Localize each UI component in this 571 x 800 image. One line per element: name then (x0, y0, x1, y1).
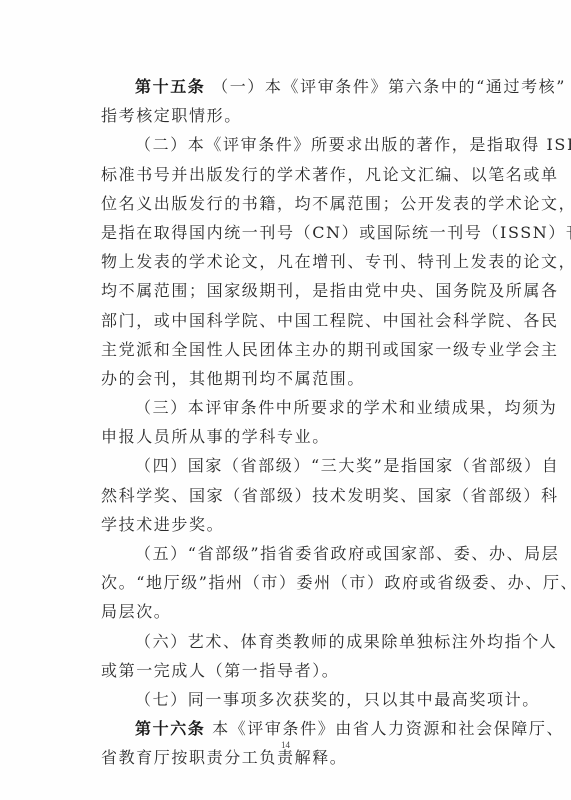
article-15-heading: 第十五条 (135, 77, 205, 96)
document-body: 第十五条 （一）本《评审条件》第六条中的“通过考核” 指考核定职情形。 （二）本… (101, 72, 485, 773)
clause-2-line-9: 办的会刊，其他期刊均不属范围。 (101, 364, 485, 393)
clause-4-line-1: （四）国家（省部级）“三大奖”是指国家（省部级）自 (101, 451, 485, 480)
clause-2-line-8: 主党派和全国性人民团体主办的期刊或国家一级专业学会主 (101, 335, 485, 364)
clause-2-line-7: 部门，或中国科学院、中国工程院、中国社会科学院、各民 (101, 306, 485, 335)
clause-7-line-1: （七）同一事项多次获奖的，只以其中最高奖项计。 (101, 685, 485, 714)
clause-5-line-2: 次。“地厅级”指州（市）委州（市）政府或省级委、办、厅、 (101, 568, 485, 597)
article-15-line-2: 指考核定职情形。 (101, 101, 485, 130)
clause-6-line-1: （六）艺术、体育类教师的成果除单独标注外均指个人 (101, 627, 485, 656)
clause-2-line-1: （二）本《评审条件》所要求出版的著作，是指取得 ISBN (101, 130, 485, 159)
clause-3-line-1: （三）本评审条件中所要求的学术和业绩成果，均须为 (101, 393, 485, 422)
page-number: 14 (0, 740, 571, 750)
clause-2-line-2: 标准书号并出版发行的学术著作，凡论文汇编、以笔名或单 (101, 160, 485, 189)
clause-2-line-5: 物上发表的学术论文，凡在增刊、专刊、特刊上发表的论文， (101, 247, 485, 276)
clause-4-line-2: 然科学奖、国家（省部级）技术发明奖、国家（省部级）科 (101, 481, 485, 510)
clause-4-line-3: 学技术进步奖。 (101, 510, 485, 539)
article-16-line-1: 第十六条 本《评审条件》由省人力资源和社会保障厅、 (101, 714, 485, 743)
clause-2-line-3: 位名义出版发行的书籍，均不属范围；公开发表的学术论文， (101, 189, 485, 218)
article-15-line-1: 第十五条 （一）本《评审条件》第六条中的“通过考核” (101, 72, 485, 101)
document-page: 第十五条 （一）本《评审条件》第六条中的“通过考核” 指考核定职情形。 （二）本… (0, 0, 571, 800)
clause-2-line-6: 均不属范围；国家级期刊，是指由党中央、国务院及所属各 (101, 276, 485, 305)
clause-5-line-1: （五）“省部级”指省委省政府或国家部、委、办、局层 (101, 539, 485, 568)
article-16-heading: 第十六条 (135, 719, 205, 738)
clause-2-line-4: 是指在取得国内统一刊号（CN）或国际统一刊号（ISSN）刊 (101, 218, 485, 247)
clause-6-line-2: 或第一完成人（第一指导者）。 (101, 656, 485, 685)
clause-5-line-3: 局层次。 (101, 597, 485, 626)
clause-3-line-2: 申报人员所从事的学科专业。 (101, 422, 485, 451)
